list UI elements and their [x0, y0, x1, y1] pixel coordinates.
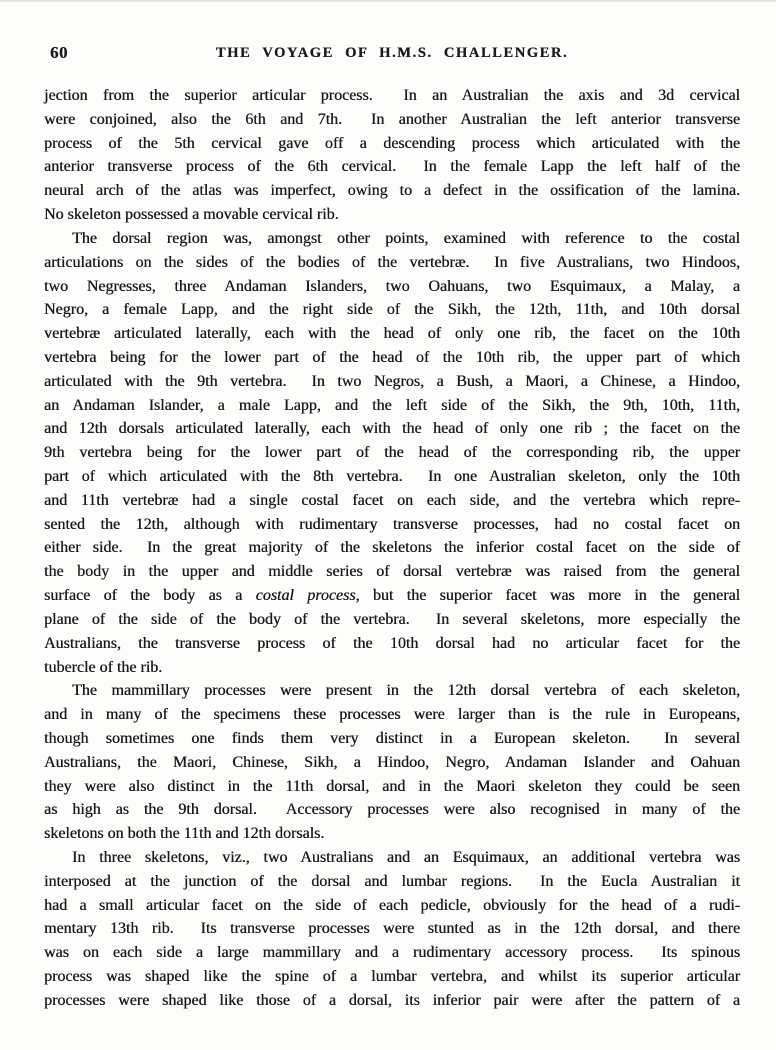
text-line: were conjoined, also the 6th and 7th. In… — [44, 108, 740, 132]
text-line: had a small articular facet on the side … — [44, 894, 740, 918]
text-line: two Negresses, three Andaman Islanders, … — [44, 275, 740, 299]
text-line: plane of the side of the body of the ver… — [44, 608, 740, 632]
text-line: Australians, the Maori, Chinese, Sikh, a… — [44, 751, 740, 775]
text-line: sented the 12th, although with rudimenta… — [44, 513, 740, 537]
text-line: No skeleton possessed a movable cervical… — [44, 203, 740, 227]
document-page: 60 THE VOYAGE OF H.M.S. CHALLENGER. ject… — [0, 0, 776, 1050]
text-line: though sometimes one finds them very dis… — [44, 727, 740, 751]
text-line: process of the 5th cervical gave off a d… — [44, 132, 740, 156]
text-line: neural arch of the atlas was imperfect, … — [44, 179, 740, 203]
text-line: anterior transverse process of the 6th c… — [44, 155, 740, 179]
text-line: as high as the 9th dorsal. Accessory pro… — [44, 798, 740, 822]
text-line: articulated with the 9th vertebra. In tw… — [44, 370, 740, 394]
text-line: surface of the body as a costal process,… — [44, 584, 740, 608]
text-line: 9th vertebra being for the lower part of… — [44, 441, 740, 465]
text-line: and 11th vertebræ had a single costal fa… — [44, 489, 740, 513]
text-line: In three skeletons, viz., two Australian… — [44, 846, 740, 870]
text-line: and 12th dorsals articulated laterally, … — [44, 417, 740, 441]
text-line: process was shaped like the spine of a l… — [44, 965, 740, 989]
text-line: they were also distinct in the 11th dors… — [44, 775, 740, 799]
text-line: vertebræ articulated laterally, each wit… — [44, 322, 740, 346]
text-line: mentary 13th rib. Its transverse process… — [44, 917, 740, 941]
text-line: Negro, a female Lapp, and the right side… — [44, 298, 740, 322]
text-line: Australians, the transverse process of t… — [44, 632, 740, 656]
text-line: skeletons on both the 11th and 12th dors… — [44, 822, 740, 846]
text-line: The dorsal region was, amongst other poi… — [44, 227, 740, 251]
text-line: was on each side a large mammillary and … — [44, 941, 740, 965]
text-line: the body in the upper and middle series … — [44, 560, 740, 584]
text-line: jection from the superior articular proc… — [44, 84, 740, 108]
running-title: THE VOYAGE OF H.M.S. CHALLENGER. — [44, 45, 740, 62]
text-line: interposed at the junction of the dorsal… — [44, 870, 740, 894]
text-line: vertebra being for the lower part of the… — [44, 346, 740, 370]
text-line: either side. In the great majority of th… — [44, 536, 740, 560]
text-line: tubercle of the rib. — [44, 656, 740, 680]
text-line: processes were shaped like those of a do… — [44, 989, 740, 1013]
text-line: articulations on the sides of the bodies… — [44, 251, 740, 275]
text-line: an Andaman Islander, a male Lapp, and th… — [44, 394, 740, 418]
text-line: The mammillary processes were present in… — [44, 679, 740, 703]
text-line: part of which articulated with the 8th v… — [44, 465, 740, 489]
text-line: and in many of the specimens these proce… — [44, 703, 740, 727]
body-text: jection from the superior articular proc… — [44, 84, 740, 1013]
